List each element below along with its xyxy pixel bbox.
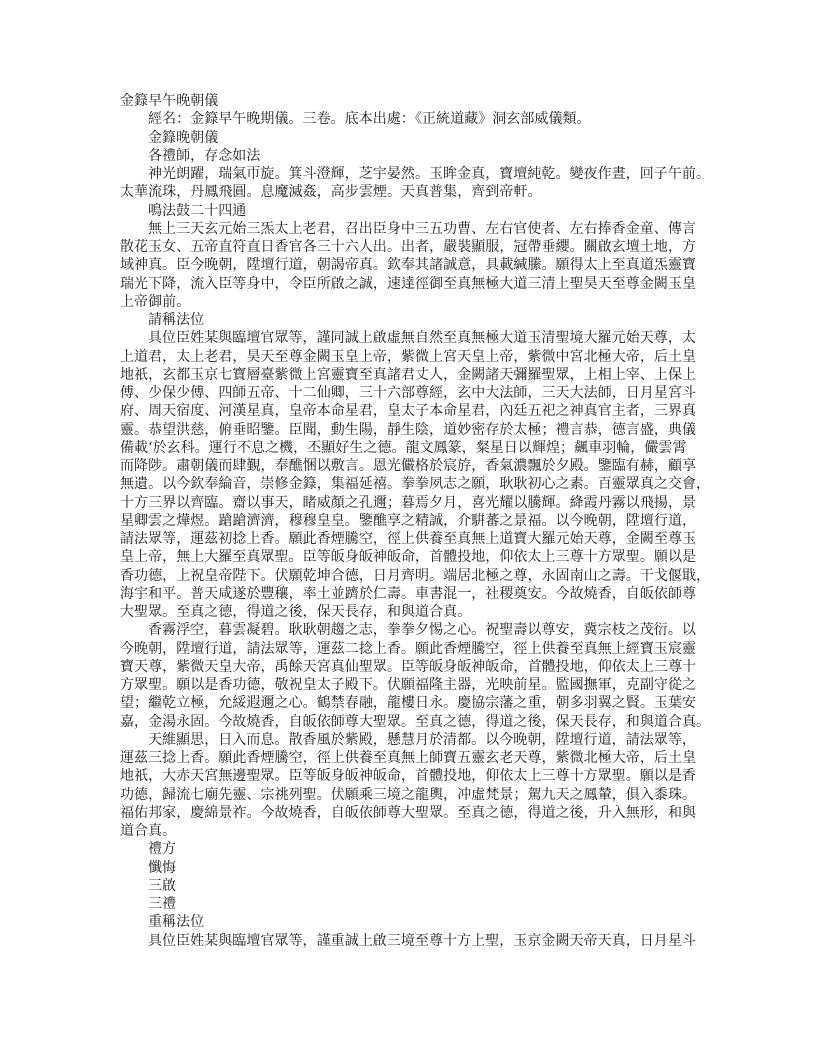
text-line: 道合真。 — [120, 822, 700, 840]
text-line: 香功德，上祝皇帝陛下。伏願乾坤合德，日月齊明。端居北極之尊，永固南山之壽。干戈偃… — [120, 567, 700, 585]
section-heading: 三禮 — [120, 895, 700, 913]
text-line: 香霧浮空，暮雲凝碧。耿耿朝趨之志，拳拳夕惕之心。祝聖壽以尊安，冀宗枝之茂衍。以 — [120, 621, 700, 639]
paragraph: 天維顯思，日入而息。散香風於紫殿，懸慧月於清都。以今晚朝，陞壇行道，請法眾等， … — [120, 731, 700, 841]
text-line: 無上三天玄元始三炁太上老君，召出臣身中三五功曹、左右官使者、左右捧香金童、傳言 — [120, 220, 700, 238]
text-line: 傅、少保少傅、四師五帝、十二仙卿，三十六部尊經，玄中大法師，三天大法師，日月星宮… — [120, 384, 700, 402]
text-line: 皇上帝，無上大羅至真眾聖。臣等皈身皈神皈命，首體投地，仰依太上三尊十方眾聖。願以… — [120, 548, 700, 566]
text-line: 功德，歸流七廟先靈、宗祧列聖。伏願乘三境之龍輿，冲虛梵景；駕九天之鳳輦，俱入黍珠… — [120, 786, 700, 804]
text-line: 散花玉女、五帝直符直日香官各三十六人出。出者，嚴裝顯服，冠帶垂纓。關啟玄壇土地，… — [120, 238, 700, 256]
scripture-note: 經名：金籙早午晚期儀。三卷。底本出處：《正統道藏》洞玄部威儀類。 — [120, 110, 700, 128]
text-line: 天維顯思，日入而息。散香風於紫殿，懸慧月於清都。以今晚朝，陞壇行道，請法眾等， — [120, 731, 700, 749]
text-line: 靈。恭望洪慈，俯垂昭鑒。臣聞，動生陽，靜生陰，道妙密存於太極；禮言恭，德言盛，典… — [120, 421, 700, 439]
text-line: 大聖眾。至真之德，得道之後，保天長存，和與道合真。 — [120, 603, 700, 621]
paragraph: 無上三天玄元始三炁太上老君，召出臣身中三五功曹、左右官使者、左右捧香金童、傳言 … — [120, 220, 700, 311]
paragraph: 香霧浮空，暮雲凝碧。耿耿朝趨之志，拳拳夕惕之心。祝聖壽以尊安，冀宗枝之茂衍。以 … — [120, 621, 700, 731]
text-line: 今晚朝，陞壇行道，請法眾等，運茲二捻上香。願此香煙騰空，徑上供養至真無上經寶玉宸… — [120, 640, 700, 658]
section-heading: 金籙晚朝儀 — [120, 129, 700, 147]
text-line: 福佑邦家，慶綿景祚。今故燒香，自皈依師尊大聖眾。至真之德，得道之後，升入無形，和… — [120, 804, 700, 822]
section-heading: 禮方 — [120, 840, 700, 858]
text-line: 備載‘於玄科。運行不息之機，丕顯好生之德。龍文鳳篆，粲星日以輝煌；飆車羽輪，儼雲… — [120, 439, 700, 457]
text-line: 嘉，金湯永固。今故燒香，自皈依師尊大聖眾。至真之德，得道之後，保天長存，和與道合… — [120, 713, 700, 731]
text-line: 請法眾等，運茲初捻上香。願此香煙騰空，徑上供養至真無上道寶大羅元始天尊，金闕至尊… — [120, 530, 700, 548]
section-heading: 懺悔 — [120, 859, 700, 877]
paragraph: 神光朗躍，瑞氣帀旋。箕斗澄輝，芝宇晏然。玉眸金真，寶壇純乾。變夜作晝，回子午前。… — [120, 165, 700, 202]
text-line: 神光朗躍，瑞氣帀旋。箕斗澄輝，芝宇晏然。玉眸金真，寶壇純乾。變夜作晝，回子午前。 — [120, 165, 700, 183]
text-line: 上帝御前。 — [120, 293, 700, 311]
text-line: 寶天尊，紫微天皇大帝，禹餘天宮真仙聖眾。臣等皈身皈神皈命，首體投地，仰依太上三尊… — [120, 658, 700, 676]
document-title: 金籙早午晚朝儀 — [120, 92, 700, 110]
section-heading: 請稱法位 — [120, 311, 700, 329]
section-heading: 各禮師，存念如法 — [120, 147, 700, 165]
text-line: 無遺。以今欽奉綸音，崇修金籙，集福延禧。拳拳夙志之願，耿耿初心之素。百靈眾真之交… — [120, 475, 700, 493]
text-line: 而降陟。肅朝儀而肆覲，奉醮悃以敷言。恩光儼格於宸斿，香氣濃飄於夕殿。鑒臨有赫，顧… — [120, 457, 700, 475]
text-line: 方眾聖。願以是香功德，敬祝皇太子殿下。伏願福隆主器，光映前星。監國撫軍，克副守從… — [120, 676, 700, 694]
text-line: 運茲三捻上香。願此香煙騰空，徑上供養至真無上師寶五靈玄老天尊，紫微北極大帝，后土… — [120, 749, 700, 767]
section-heading: 鳴法鼓二十四通 — [120, 202, 700, 220]
text-line: 具位臣姓某與臨壇官眾等，謹同誠上啟虛無自然至真無極大道玉清聖境大羅元始天尊，太 — [120, 329, 700, 347]
text-line: 地祇，玄都玉京七寶層臺紫微上宮靈寶至真諸君丈人，金闕諸天彌羅聖眾，上相上宰、上保… — [120, 366, 700, 384]
text-line: 十方三界以齊臨。齋以事天，睹威顏之孔邇；暮焉夕月，喜光耀以騰輝。絳霞丹霧以飛揚，… — [120, 494, 700, 512]
text-line: 府、周天宿度、河漢星真，皇帝本命星君，皇太子本命星君，內廷五祀之神真官主者，三界… — [120, 402, 700, 420]
text-line: 地祇，大赤天宮無邊聖眾。臣等皈身皈神皈命，首體投地，仰依太上三尊十方眾聖。願以是… — [120, 767, 700, 785]
section-heading: 重稱法位 — [120, 913, 700, 931]
text-line: 海宇和平。普天咸遂於豐穰，率土並躋於仁壽。車書混一，社稷奠安。今故燒香，自皈依師… — [120, 585, 700, 603]
text-line: 望；繼乾立極，允綏遐邇之心。鶴禁春融，龍樓日永。慶協宗藩之重，朝多羽翼之賢。玉葉… — [120, 694, 700, 712]
paragraph: 具位臣姓某與臨壇官眾等，謹重誠上啟三境至尊十方上聖，玉京金闕天帝天真，日月星斗 — [120, 932, 700, 950]
paragraph: 具位臣姓某與臨壇官眾等，謹同誠上啟虛無自然至真無極大道玉清聖境大羅元始天尊，太 … — [120, 329, 700, 621]
text-line: 具位臣姓某與臨壇官眾等，謹重誠上啟三境至尊十方上聖，玉京金闕天帝天真，日月星斗 — [120, 932, 700, 950]
section-heading: 三啟 — [120, 877, 700, 895]
text-line: 域神真。臣今晚朝，陞壇行道，朝謁帝真。欽奉其諸誠意，具載緘縢。願得太上至真道炁靈… — [120, 256, 700, 274]
text-line: 瑞光下降，流入臣等身中，令臣所啟之誠，速達徑御至真無極大道三清上聖昊天至尊金闕玉… — [120, 275, 700, 293]
text-line: 太華流珠，丹鳳飛圓。息魔滅姦，高步雲煙。天真普集，齊到帝軒。 — [120, 183, 700, 201]
document-page: 金籙早午晚朝儀 經名：金籙早午晚期儀。三卷。底本出處：《正統道藏》洞玄部威儀類。… — [120, 92, 700, 950]
text-line: 上道君，太上老君，昊天至尊金闕玉皇上帝，紫微上宮天皇上帝，紫微中宮北極大帝，后土… — [120, 348, 700, 366]
text-line: 星卿雲之燁煜。蹌蹌濟濟，穆穆皇皇。鑒醮享之精誠，介騈蕃之景福。以今晚朝，陞壇行道… — [120, 512, 700, 530]
